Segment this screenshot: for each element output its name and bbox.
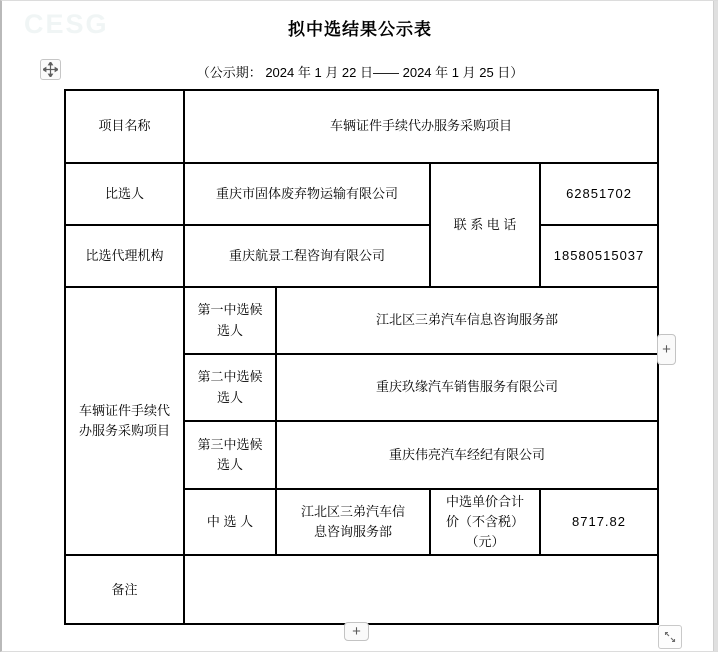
section-project-label: 车辆证件手续代 办服务采购项目 bbox=[65, 287, 184, 555]
table-row: 备注 bbox=[65, 555, 658, 624]
page-title: 拟中选结果公示表 bbox=[2, 15, 718, 40]
winner-price-label: 中选单价合计 价（不含税） （元） bbox=[430, 489, 540, 555]
winner-name: 江北区三弟汽车信 息咨询服务部 bbox=[276, 489, 430, 555]
table-row: 比选人 重庆市固体废弃物运输有限公司 联 系 电 话 62851702 bbox=[65, 163, 658, 225]
bidder-phone: 62851702 bbox=[540, 163, 658, 225]
candidate-3-name: 重庆伟亮汽车经纪有限公司 bbox=[276, 421, 658, 489]
winner-label: 中 选 人 bbox=[184, 489, 276, 555]
insert-column-button[interactable]: + bbox=[657, 334, 676, 365]
winner-price-value: 8717.82 bbox=[540, 489, 658, 555]
insert-row-button[interactable]: + bbox=[344, 622, 369, 641]
diagonal-resize-icon bbox=[661, 628, 679, 646]
table-row: 比选代理机构 重庆航景工程咨询有限公司 18580515037 bbox=[65, 225, 658, 287]
remark-value bbox=[184, 555, 658, 624]
agency-phone: 18580515037 bbox=[540, 225, 658, 287]
contact-phone-label: 联 系 电 话 bbox=[430, 163, 540, 287]
result-table: 项目名称 车辆证件手续代办服务采购项目 比选人 重庆市固体废弃物运输有限公司 联… bbox=[64, 89, 659, 625]
candidate-3-rank-label: 第三中选候 选人 bbox=[184, 421, 276, 489]
project-name-value: 车辆证件手续代办服务采购项目 bbox=[184, 90, 658, 163]
publicity-period: （公示期： 2024 年 1 月 22 日—— 2024 年 1 月 25 日） bbox=[2, 62, 718, 81]
scrollbar-track[interactable] bbox=[713, 1, 718, 651]
candidate-1-name: 江北区三弟汽车信息咨询服务部 bbox=[276, 287, 658, 354]
remark-label: 备注 bbox=[65, 555, 184, 624]
agency-value: 重庆航景工程咨询有限公司 bbox=[184, 225, 430, 287]
table-row: 项目名称 车辆证件手续代办服务采购项目 bbox=[65, 90, 658, 163]
candidate-2-name: 重庆玖缘汽车销售服务有限公司 bbox=[276, 354, 658, 421]
bidder-value: 重庆市固体废弃物运输有限公司 bbox=[184, 163, 430, 225]
agency-label: 比选代理机构 bbox=[65, 225, 184, 287]
project-name-label: 项目名称 bbox=[65, 90, 184, 163]
candidate-2-rank-label: 第二中选候 选人 bbox=[184, 354, 276, 421]
table-resize-handle[interactable] bbox=[658, 625, 682, 649]
document-page: { "watermark": "CESG", "header": { "titl… bbox=[0, 0, 718, 652]
plus-icon: + bbox=[352, 624, 361, 639]
plus-icon: + bbox=[662, 342, 671, 357]
candidate-1-rank-label: 第一中选候 选人 bbox=[184, 287, 276, 354]
bidder-label: 比选人 bbox=[65, 163, 184, 225]
table-row: 车辆证件手续代 办服务采购项目 第一中选候 选人 江北区三弟汽车信息咨询服务部 bbox=[65, 287, 658, 354]
